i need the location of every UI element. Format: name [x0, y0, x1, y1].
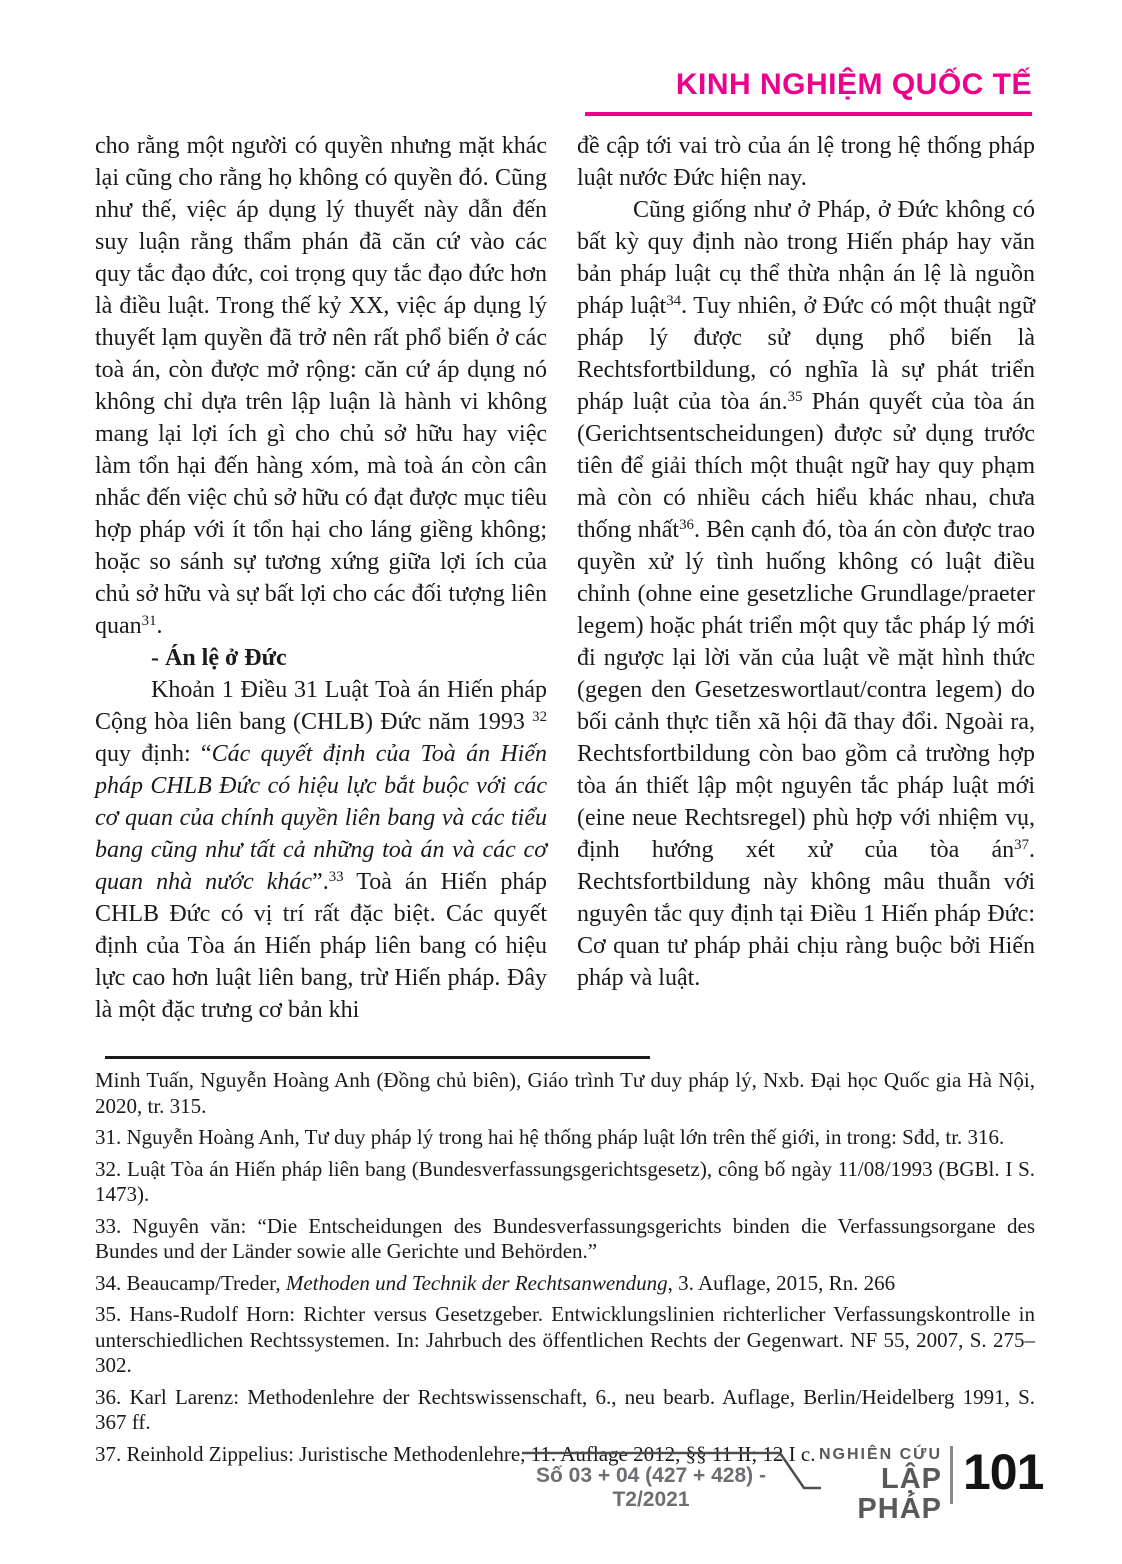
page-number: 101: [963, 1443, 1043, 1501]
footnotes-block: Minh Tuấn, Nguyễn Hoàng Anh (Đồng chủ bi…: [95, 1068, 1035, 1473]
paragraph-text: . Bên cạnh đó, tòa án còn được trao quyề…: [577, 517, 1035, 863]
footnote-text: 34. Beaucamp/Treder,: [95, 1271, 286, 1295]
column-right: đề cập tới vai trò của án lệ trong hệ th…: [577, 130, 1035, 1026]
footnote-ref-33: 33: [329, 869, 344, 885]
footnote-ref-34: 34: [666, 293, 681, 309]
paragraph-text: ”.: [312, 869, 329, 895]
footnote-36: 36. Karl Larenz: Methodenlehre der Recht…: [95, 1385, 1035, 1436]
footnote-book-title: Methoden und Technik der Rechtsanwendung: [286, 1271, 668, 1295]
column-left: cho rằng một người có quyền nhưng mặt kh…: [95, 130, 547, 1026]
footnote-32: 32. Luật Tòa án Hiến pháp liên bang (Bun…: [95, 1157, 1035, 1208]
header-rule: [585, 112, 1032, 116]
paragraph-text: Khoản 1 Điều 31 Luật Toà án Hiến pháp Cộ…: [95, 677, 547, 735]
footnote-continuation: Minh Tuấn, Nguyễn Hoàng Anh (Đồng chủ bi…: [95, 1068, 1035, 1119]
document-page: KINH NGHIỆM QUỐC TẾ cho rằng một người c…: [0, 0, 1122, 1564]
page-title: KINH NGHIỆM QUỐC TẾ: [676, 68, 1032, 102]
journal-logo-line2: LẬP PHÁP: [806, 1464, 942, 1524]
footnote-text: , 3. Auflage, 2015, Rn. 266: [668, 1271, 895, 1295]
body-columns: cho rằng một người có quyền nhưng mặt kh…: [95, 130, 1035, 1026]
footnote-33: 33. Nguyên văn: “Die Entscheidungen des …: [95, 1214, 1035, 1265]
footnote-31: 31. Nguyễn Hoàng Anh, Tư duy pháp lý tro…: [95, 1125, 1035, 1151]
journal-logo-line1: NGHIÊN CỨU: [806, 1446, 942, 1464]
paragraph-text: quy định: “: [95, 741, 212, 767]
paragraph: Cũng giống như ở Pháp, ở Đức không có bấ…: [577, 194, 1035, 994]
paragraph: đề cập tới vai trò của án lệ trong hệ th…: [577, 130, 1035, 194]
footnote-ref-36: 36: [679, 517, 694, 533]
footnote-separator: [105, 1056, 650, 1059]
paragraph-text: cho rằng một người có quyền nhưng mặt kh…: [95, 133, 547, 639]
footnote-ref-37: 37: [1014, 837, 1029, 853]
footnote-ref-32: 32: [532, 709, 547, 725]
paragraph-text: .: [157, 613, 163, 639]
footer-issue-label: Số 03 + 04 (427 + 428) - T2/2021: [521, 1464, 781, 1512]
paragraph: cho rằng một người có quyền nhưng mặt kh…: [95, 130, 547, 642]
footnote-35: 35. Hans-Rudolf Horn: Richter versus Ges…: [95, 1302, 1035, 1379]
footer-divider-bar: [950, 1446, 953, 1504]
footnote-ref-35: 35: [788, 389, 803, 405]
paragraph: Khoản 1 Điều 31 Luật Toà án Hiến pháp Cộ…: [95, 674, 547, 1026]
footnote-34: 34. Beaucamp/Treder, Methoden und Techni…: [95, 1271, 1035, 1297]
section-heading: - Án lệ ở Đức: [95, 642, 547, 674]
footnote-ref-31: 31: [142, 613, 157, 629]
journal-logo: NGHIÊN CỨU LẬP PHÁP: [806, 1446, 942, 1524]
